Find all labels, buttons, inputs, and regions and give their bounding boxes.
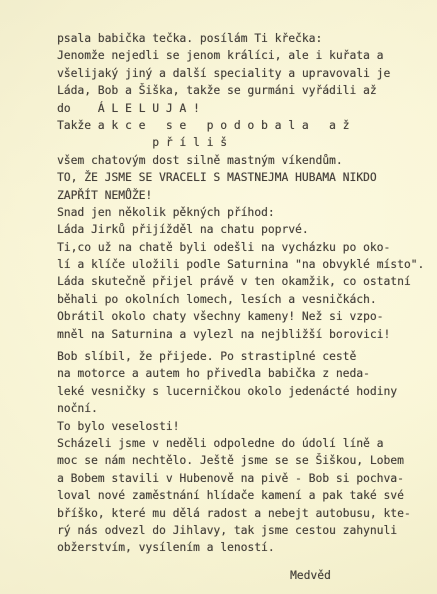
letter-line: Láda Jirků přijížděl na chatu poprvé.: [57, 221, 429, 238]
letter-body: psala babička tečka. posílám Ti křečka:J…: [57, 30, 429, 584]
letter-line: obžerstvím, vysílením a leností.: [57, 539, 429, 556]
letter-line: Bob slíbil, že přijede. Po strastiplné c…: [57, 348, 429, 365]
letter-line: leké vesničky s lucerničkou okolo jedená…: [57, 383, 429, 400]
letter-text: psala babička tečka. posílám Ti křečka:J…: [57, 30, 429, 557]
letter-line: psala babička tečka. posílám Ti křečka:: [57, 30, 429, 47]
letter-line: Jenomže nejedli se jenom králíci, ale i …: [57, 47, 429, 64]
letter-line: Takže a k c e s e p o d o b a l a a ž: [57, 117, 429, 134]
letter-line: Ti,co už na chatě byli odešli na vycházk…: [57, 239, 429, 256]
letter-line: a Bobem stavili v Hubenově na pivě - Bob…: [57, 470, 429, 487]
letter-line: ZAPŘÍT NEMŮŽE!: [57, 187, 429, 204]
letter-line: všem chatovým dost silně mastným víkendů…: [57, 152, 429, 169]
letter-line: moc se nám nechtělo. Ještě jsme se se Ši…: [57, 452, 429, 469]
letter-line: Láda, Bob a Šiška, takže se gurmáni vyřá…: [57, 82, 429, 99]
letter-line: bříško, které mu dělá radost a nebejt au…: [57, 505, 429, 522]
letter-line: všelijaký jiný a další speciality a upra…: [57, 65, 429, 82]
letter-line: běhali po okolních lomech, lesích a vesn…: [57, 291, 429, 308]
letter-line: To bylo veselosti!: [57, 418, 429, 435]
letter-line: TO, ŽE JSME SE VRACELI S MASTNEJMA HUBAM…: [57, 169, 429, 186]
letter-line: loval nové zaměstnání hlídače kamení a p…: [57, 487, 429, 504]
letter-line: Scházeli jsme v neděli odpoledne do údol…: [57, 435, 429, 452]
letter-line: noční.: [57, 400, 429, 417]
letter-line: Obrátil okolo chaty všechny kameny! Než …: [57, 308, 429, 325]
letter-line: mněl na Saturnina a vylezl na nejbližší …: [57, 326, 429, 343]
letter-line: p ř í l i š: [57, 134, 429, 151]
letter-line: Snad jen několik pěkných příhod:: [57, 204, 429, 221]
signature: Medvěd: [290, 567, 429, 584]
letter-line: na motorce a autem ho přivedla babička z…: [57, 365, 429, 382]
letter-page: psala babička tečka. posílám Ti křečka:J…: [0, 0, 437, 594]
letter-line: do Á L E L U J A !: [57, 100, 429, 117]
letter-line: rý nás odvezl do Jihlavy, tak jsme cesto…: [57, 522, 429, 539]
letter-line: Láda skutečně přijel právě v ten okamžik…: [57, 273, 429, 290]
letter-line: lí a klíče uložili podle Saturnina "na o…: [57, 256, 429, 273]
